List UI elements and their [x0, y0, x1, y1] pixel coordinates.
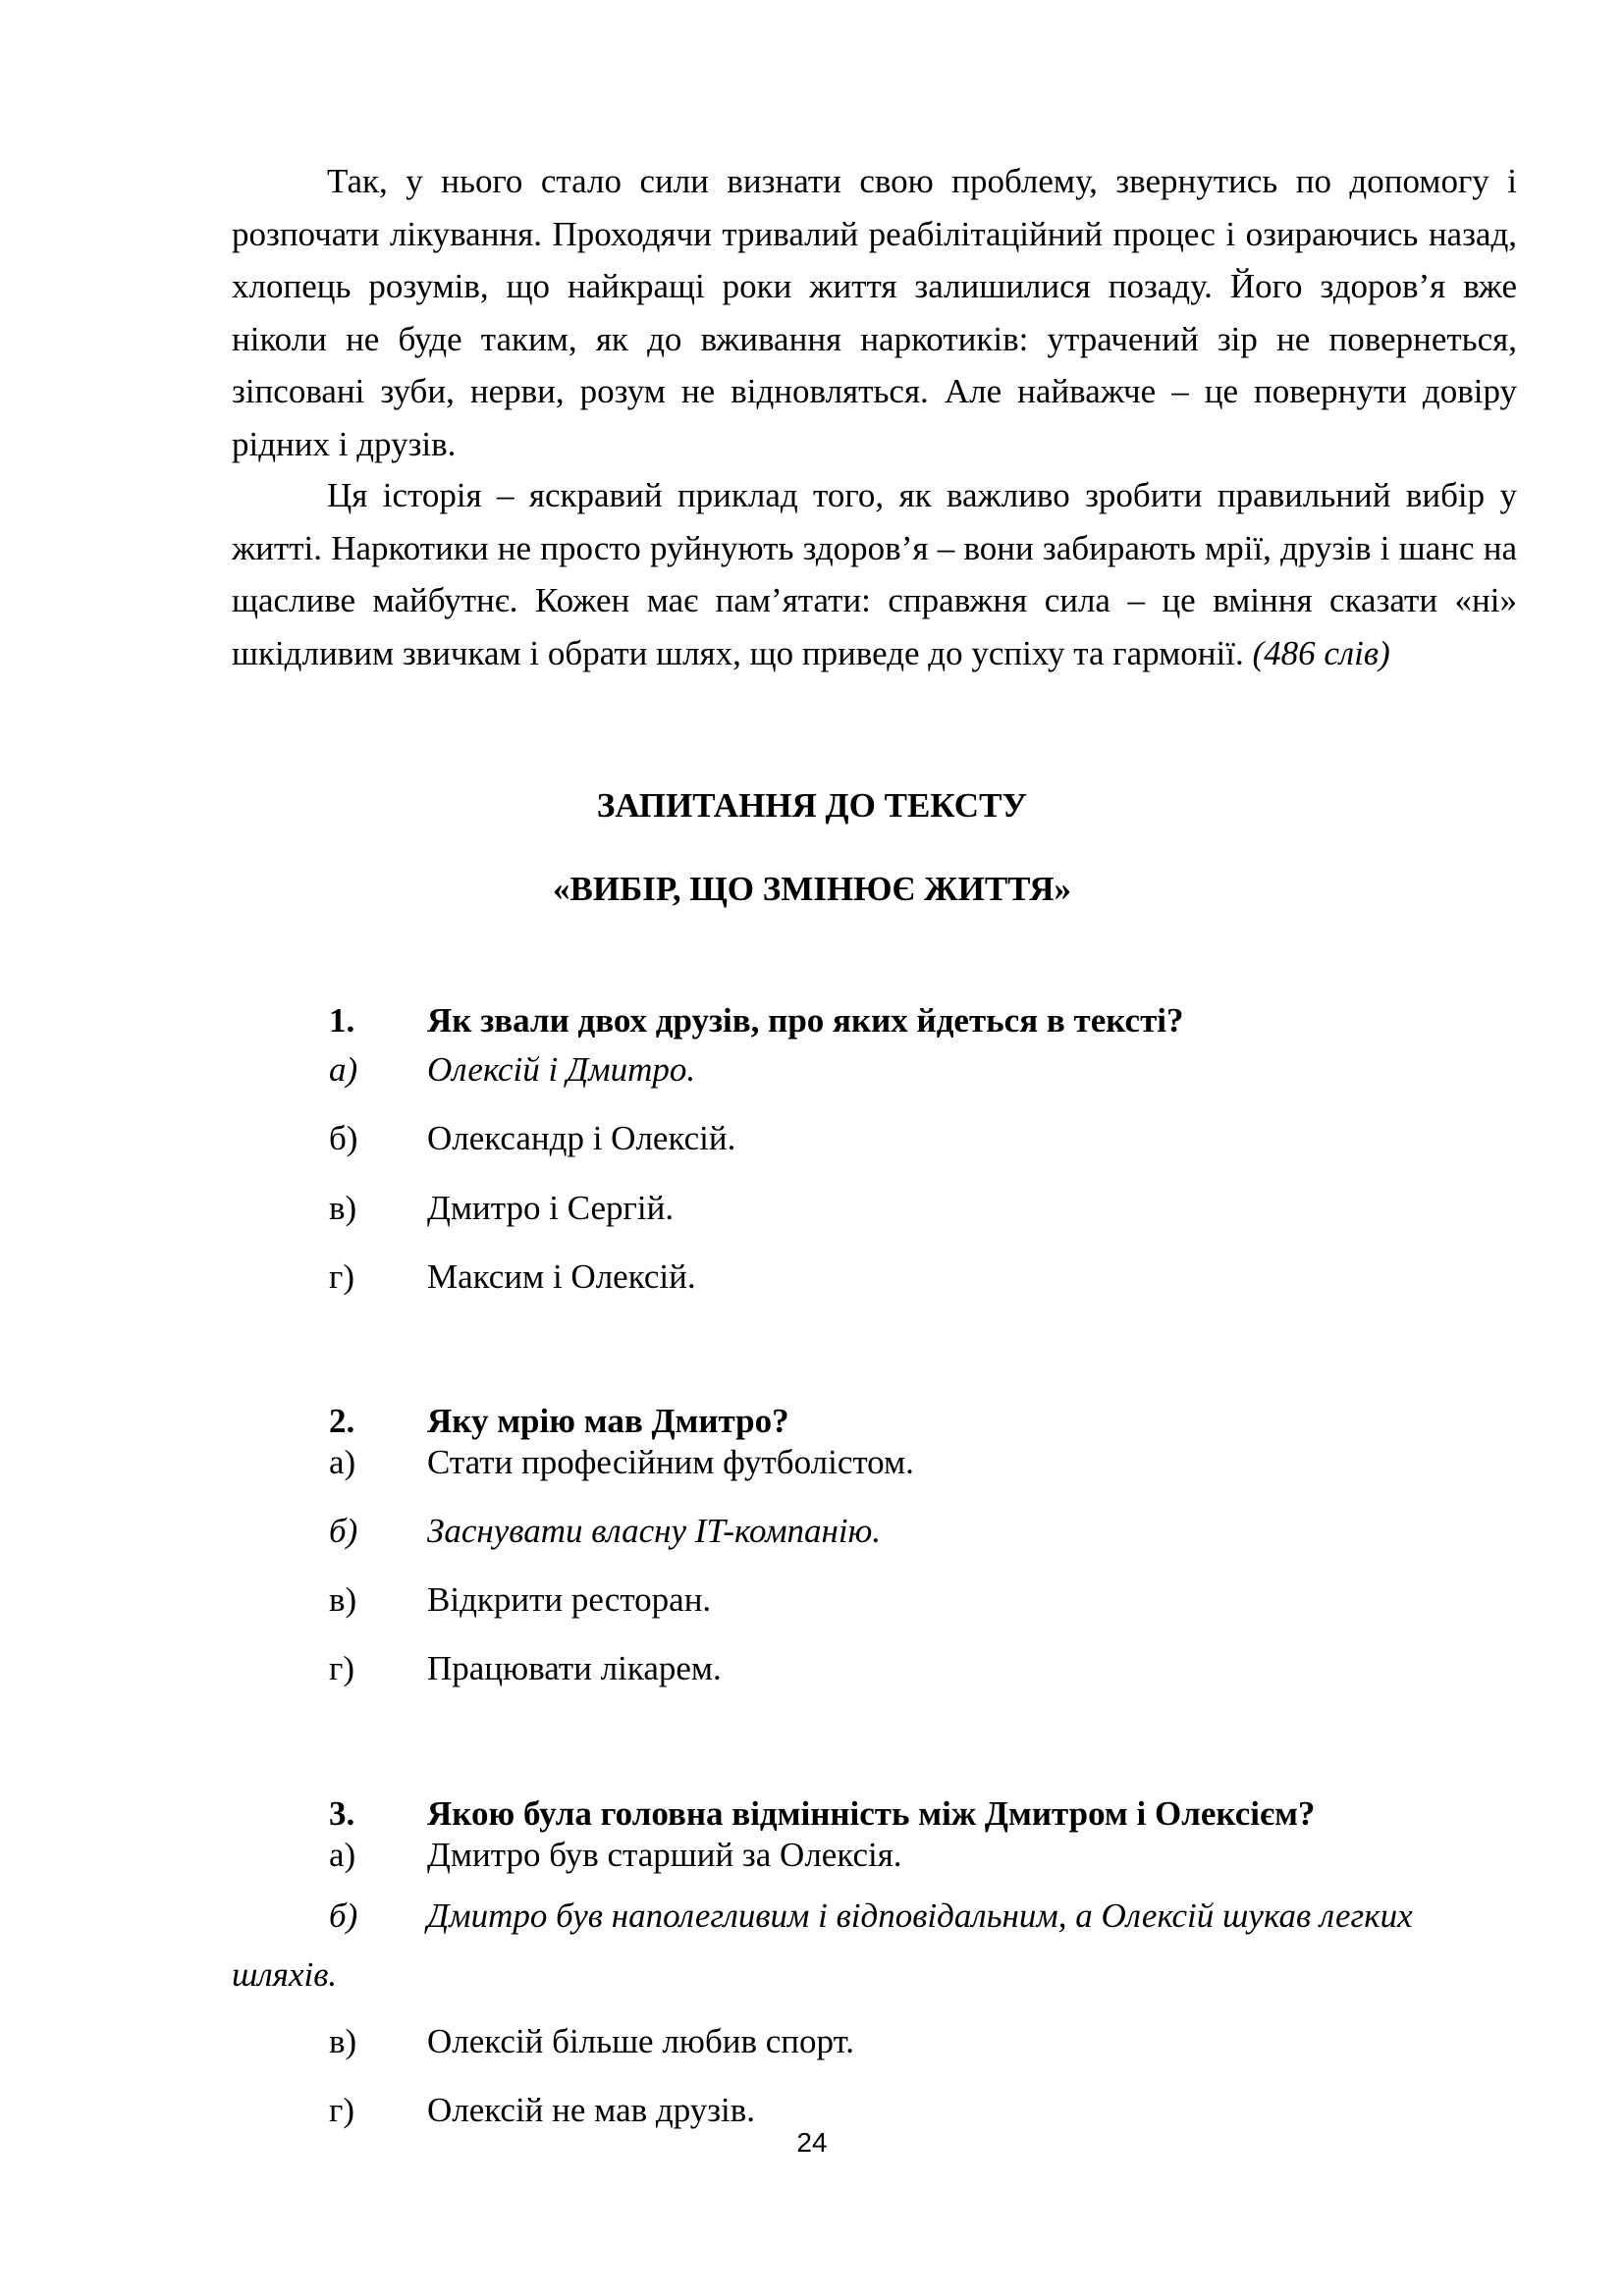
- option-letter: г): [329, 1257, 427, 1297]
- question-number: 3.: [329, 1794, 427, 1834]
- option-text: Олександр і Олексій.: [427, 1119, 735, 1157]
- question-number: 2.: [329, 1402, 427, 1441]
- question-1: 1.Як звали двох друзів, про яких йдеться…: [329, 1001, 1184, 1041]
- option-text: Олексій і Дмитро.: [427, 1050, 695, 1089]
- option-letter: а): [329, 1443, 427, 1482]
- option-letter: а): [329, 1050, 427, 1090]
- body-paragraph-2: Ця історія – яскравий приклад того, як в…: [232, 469, 1517, 679]
- question-text: Яку мрію мав Дмитро?: [427, 1402, 789, 1440]
- option-letter: в): [329, 1189, 427, 1228]
- option-letter: а): [329, 1836, 427, 1875]
- question-1-option-d: г)Максим і Олексій.: [329, 1257, 696, 1297]
- question-1-option-a: а)Олексій і Дмитро.: [329, 1050, 695, 1090]
- option-letter: в): [329, 2022, 427, 2061]
- question-2-option-c: в)Відкрити ресторан.: [329, 1580, 711, 1620]
- word-count-note: (486 слів): [1252, 634, 1389, 672]
- paragraph-text: Так, у нього стало сили визнати свою про…: [232, 162, 1517, 463]
- option-text: Дмитро і Сергій.: [427, 1189, 674, 1227]
- question-text: Як звали двох друзів, про яких йдеться в…: [427, 1001, 1184, 1040]
- question-2-option-b: б)Заснувати власну IT-компанію.: [329, 1512, 881, 1551]
- option-text: Відкрити ресторан.: [427, 1580, 711, 1619]
- option-text: Максим і Олексій.: [427, 1257, 696, 1296]
- option-text: Олексій не мав друзів.: [427, 2091, 755, 2129]
- option-letter: б): [329, 1512, 427, 1551]
- question-3-option-a: а)Дмитро був старший за Олексія.: [329, 1836, 902, 1875]
- option-text: Працювати лікарем.: [427, 1649, 722, 1687]
- question-1-option-b: б)Олександр і Олексій.: [329, 1119, 735, 1158]
- option-text: Олексій більше любив спорт.: [427, 2022, 854, 2060]
- question-number: 1.: [329, 1001, 427, 1041]
- question-text: Якою була головна відмінність між Дмитро…: [427, 1794, 1315, 1833]
- body-paragraph-1: Так, у нього стало сили визнати свою про…: [232, 155, 1517, 470]
- question-2-option-d: г)Працювати лікарем.: [329, 1649, 722, 1688]
- option-text: Дмитро був старший за Олексія.: [427, 1836, 902, 1874]
- question-2: 2.Яку мрію мав Дмитро?: [329, 1402, 789, 1441]
- question-2-option-a: а)Стати професійним футболістом.: [329, 1443, 914, 1482]
- section-heading-line-2: «ВИБІР, ЩО ЗМІНЮЄ ЖИТТЯ»: [0, 870, 1624, 909]
- question-3-option-c: в)Олексій більше любив спорт.: [329, 2022, 854, 2061]
- question-3-option-d: г)Олексій не мав друзів.: [329, 2091, 755, 2130]
- option-letter: б): [329, 1887, 427, 1946]
- option-letter: б): [329, 1119, 427, 1158]
- option-letter: в): [329, 1580, 427, 1620]
- option-letter: г): [329, 2091, 427, 2130]
- option-text: Заснувати власну IT-компанію.: [427, 1512, 881, 1550]
- question-3-option-b: б)Дмитро був наполегливим і відповідальн…: [232, 1887, 1517, 2004]
- question-3: 3.Якою була головна відмінність між Дмит…: [329, 1794, 1315, 1834]
- section-heading-line-1: ЗАПИТАННЯ ДО ТЕКСТУ: [0, 786, 1624, 826]
- option-letter: г): [329, 1649, 427, 1688]
- page-number: 24: [0, 2126, 1624, 2160]
- document-page: Так, у нього стало сили визнати свою про…: [0, 0, 1624, 2296]
- option-text: Стати професійним футболістом.: [427, 1443, 914, 1481]
- question-1-option-c: в)Дмитро і Сергій.: [329, 1189, 674, 1228]
